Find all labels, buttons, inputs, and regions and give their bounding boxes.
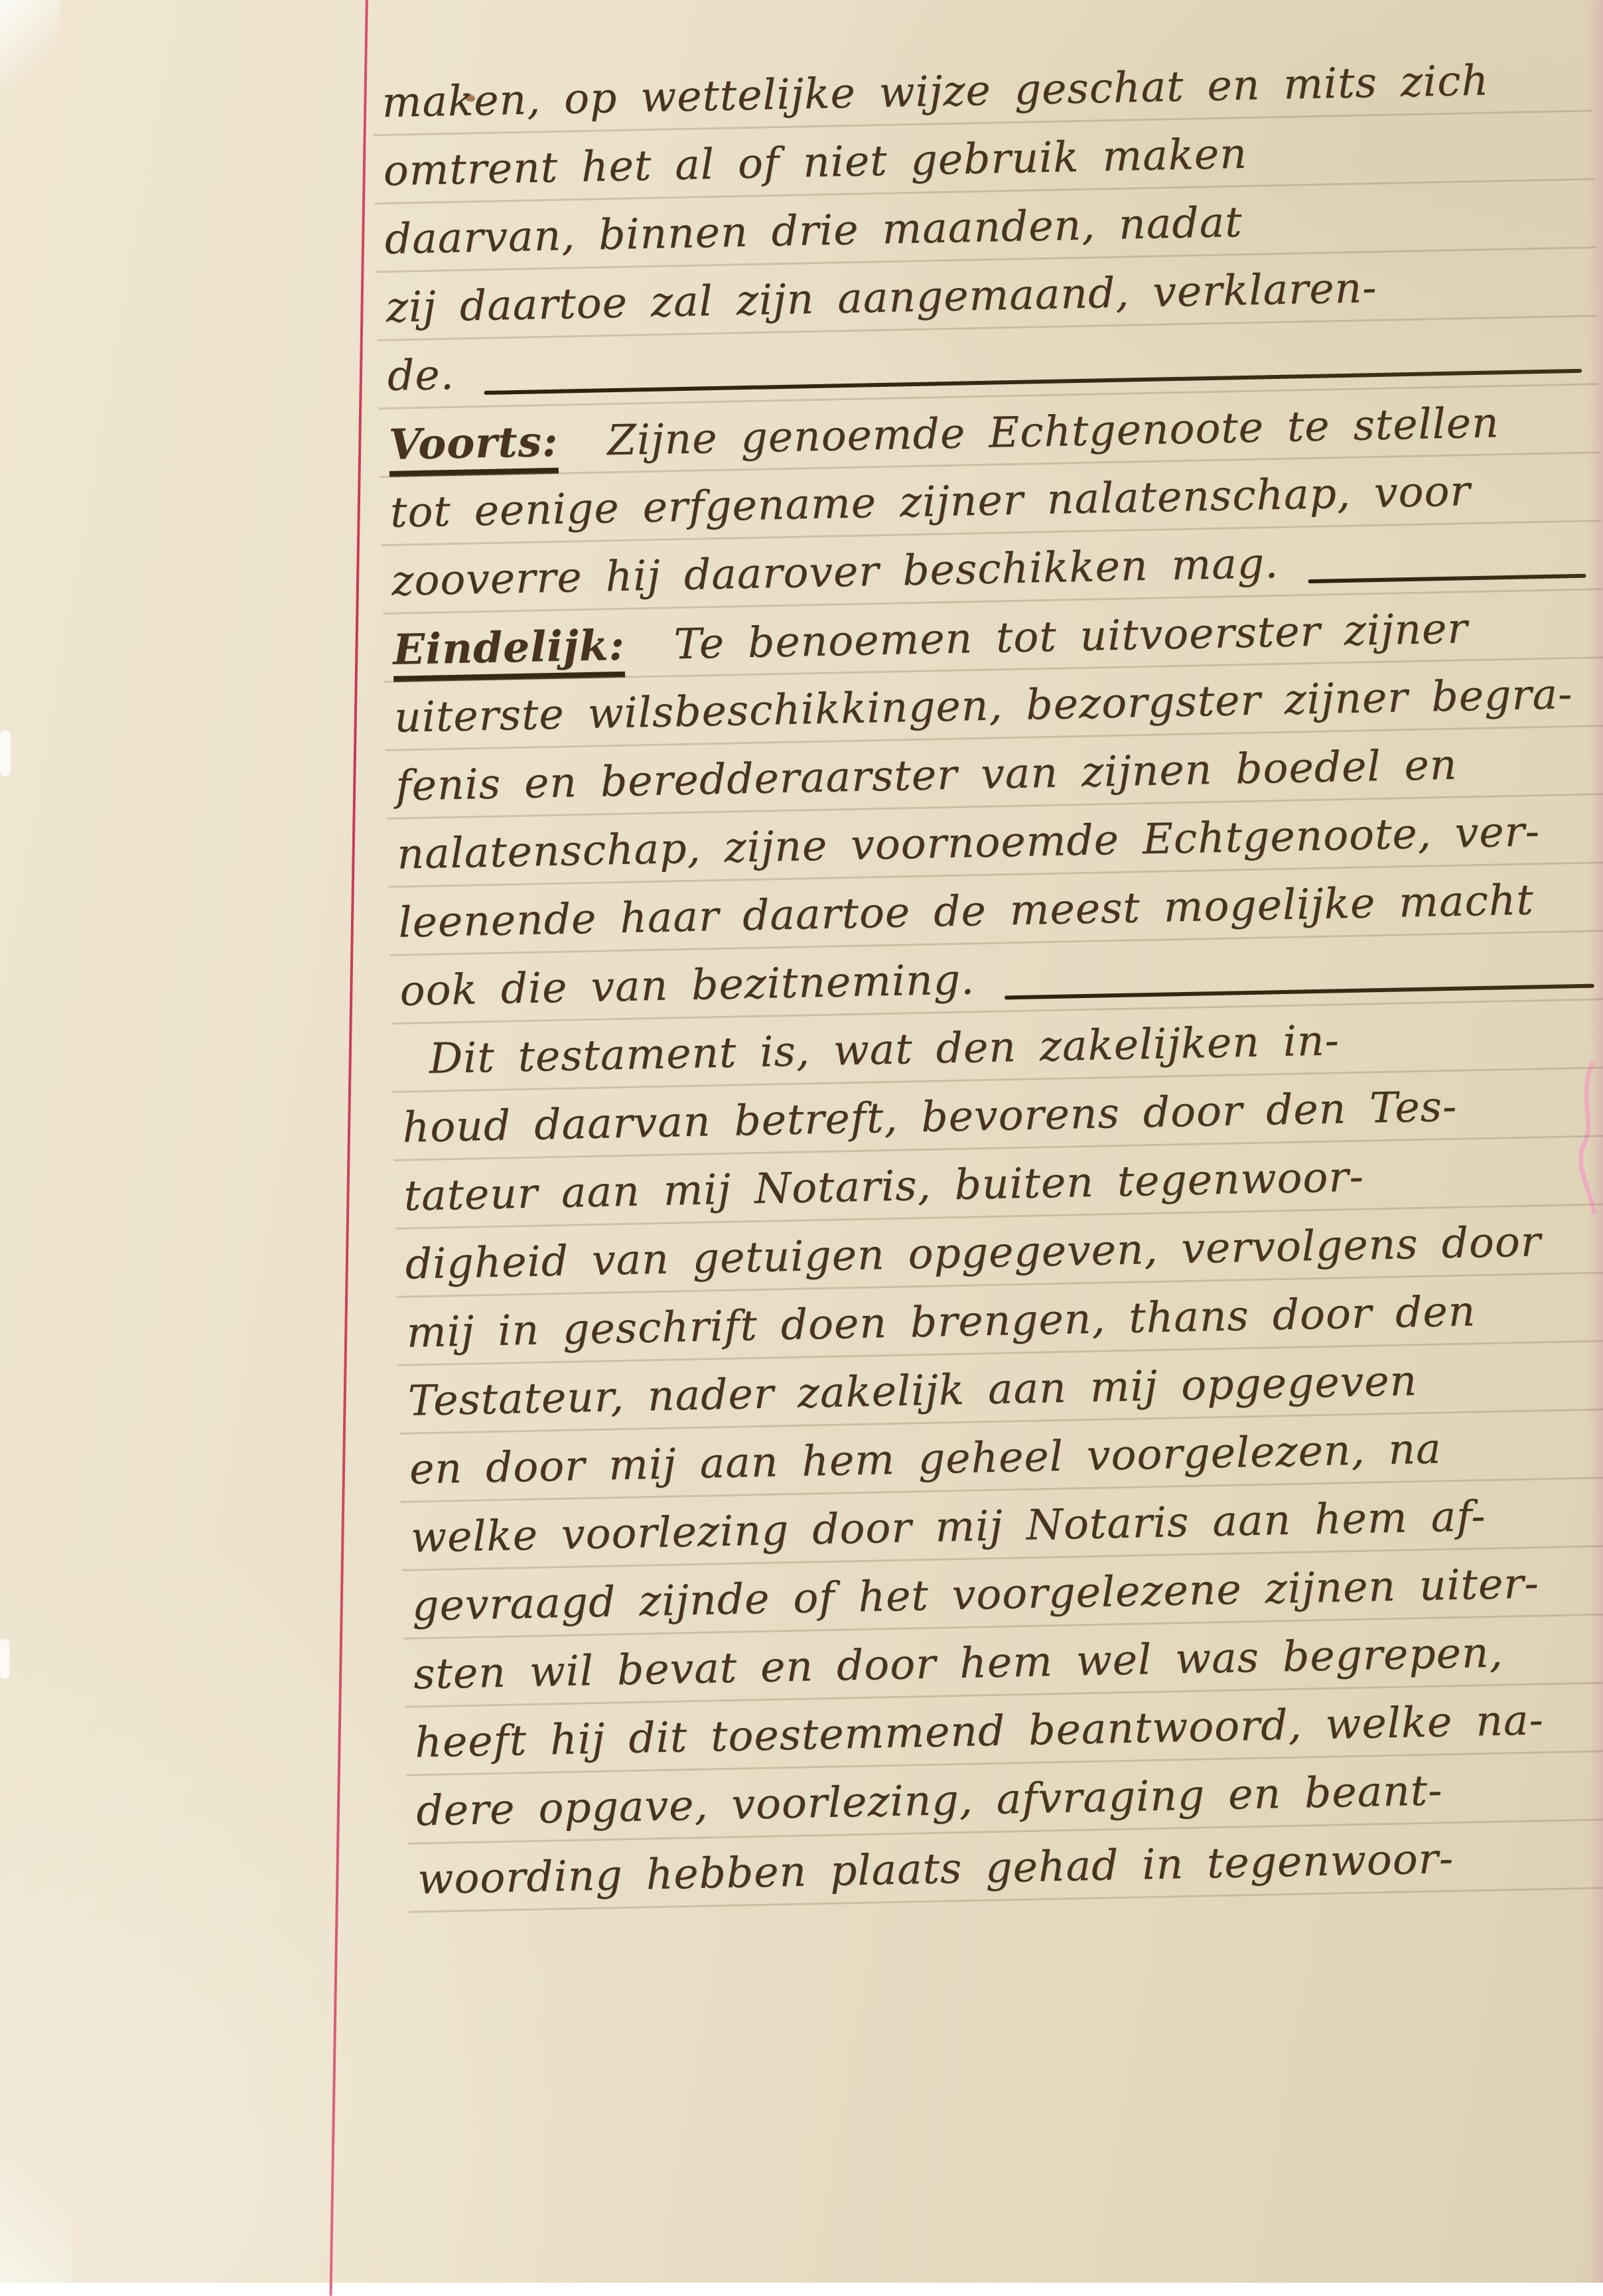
line-text: de.: [387, 350, 454, 400]
scanner-light-corner-top-left: [0, 0, 60, 86]
lead-word: Voorts:: [388, 417, 559, 477]
scanner-light-corner-bottom-left: [0, 2150, 73, 2283]
scanned-document: { "page": { "paper_color": "#eae0c9", "i…: [0, 0, 1603, 2283]
ink-rule: [1004, 983, 1594, 999]
lead-word: Eindelijk:: [393, 620, 626, 682]
red-margin-line: [329, 0, 368, 2283]
paper-page: maken, op wettelijke wijze geschat en mi…: [0, 0, 1603, 2283]
handwritten-text-block: maken, op wettelijke wijze geschat en mi…: [382, 54, 1603, 1924]
ink-rule: [1308, 573, 1586, 583]
lead-gap: [559, 455, 608, 455]
paper-edge-mark: [0, 730, 11, 776]
lead-gap: [625, 658, 674, 659]
ink-rule: [484, 368, 1582, 394]
line-text: maken, op wettelijke wijze geschat en mi…: [382, 56, 1490, 127]
paper-edge-mark: [0, 1639, 9, 1679]
